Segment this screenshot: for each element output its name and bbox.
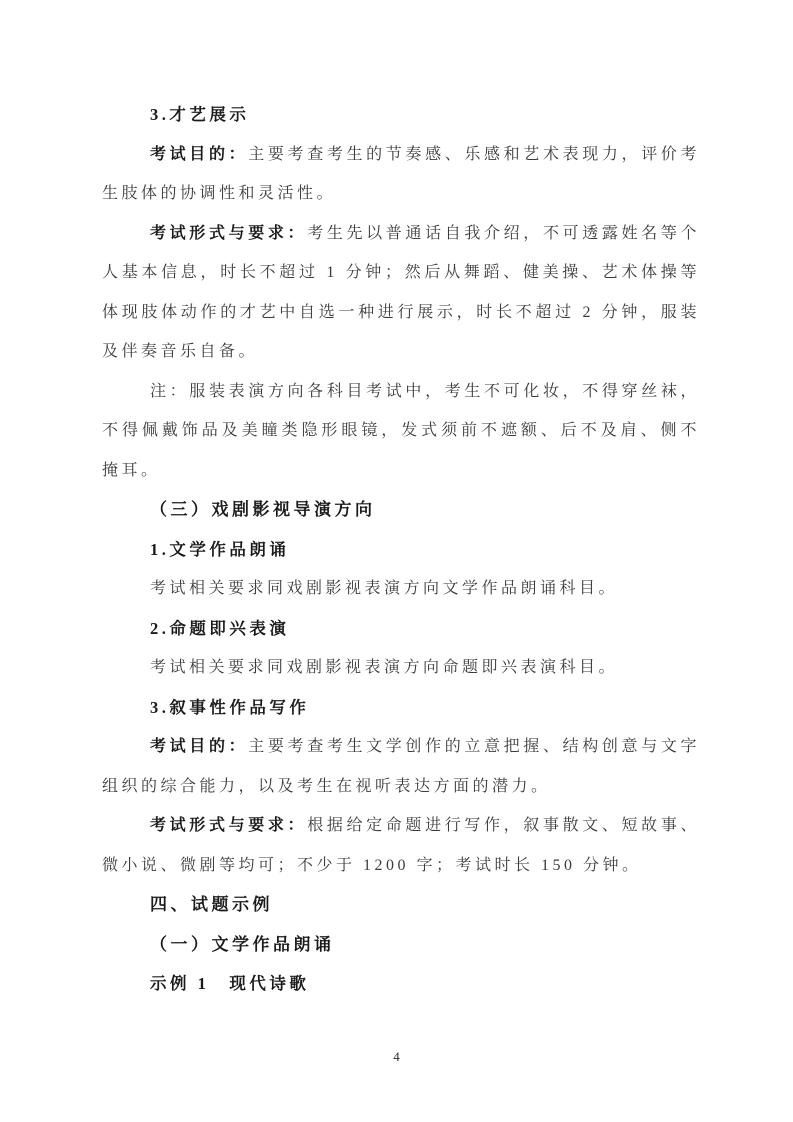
run-text: 注：服装表演方向各科目考试中，考生不可化妆，不得穿丝袜，不得佩戴饰品及美瞳类隐形… [102,383,700,479]
run-text: 考试相关要求同戏剧影视表演方向命题即兴表演科目。 [150,659,618,676]
run-text: 考生先以普通话自我介绍，不可透露姓名等个人基本信息，时长不超过 1 分钟；然后从… [102,225,700,361]
subheading-example-1-modern-poetry: 示例 1 现代诗歌 [102,964,700,1004]
run-text: 考试相关要求同戏剧影视表演方向文学作品朗诵科目。 [150,580,618,597]
subheading-talent-show: 3.才艺展示 [102,95,700,135]
paragraph-note: 注：服装表演方向各科目考试中，考生不可化妆，不得穿丝袜，不得佩戴饰品及美瞳类隐形… [102,372,700,491]
run-label: 考试目的： [150,738,248,755]
section-heading-sample-questions: 四、试题示例 [102,885,700,925]
paragraph-same-requirement-2: 考试相关要求同戏剧影视表演方向命题即兴表演科目。 [102,648,700,688]
document-content: 3.才艺展示 考试目的：主要考查考生的节奏感、乐感和艺术表现力，评价考生肢体的协… [102,95,700,1004]
subheading-improvisation: 2.命题即兴表演 [102,609,700,649]
section-heading-sample-recitation: （一）文学作品朗诵 [102,925,700,965]
paragraph-exam-purpose-1: 考试目的：主要考查考生的节奏感、乐感和艺术表现力，评价考生肢体的协调性和灵活性。 [102,135,700,214]
run-label: 考试目的： [150,146,248,163]
run-label: 考试形式与要求： [150,225,307,242]
section-heading-directing: （三）戏剧影视导演方向 [102,490,700,530]
subheading-narrative-writing: 3.叙事性作品写作 [102,688,700,728]
paragraph-exam-format-1: 考试形式与要求：考生先以普通话自我介绍，不可透露姓名等个人基本信息，时长不超过 … [102,214,700,372]
page-number: 4 [0,1048,793,1066]
paragraph-same-requirement-1: 考试相关要求同戏剧影视表演方向文学作品朗诵科目。 [102,569,700,609]
run-label: 考试形式与要求： [150,817,307,834]
subheading-literary-recitation: 1.文学作品朗诵 [102,530,700,570]
paragraph-exam-format-2: 考试形式与要求：根据给定命题进行写作，叙事散文、短故事、微小说、微剧等均可；不少… [102,806,700,885]
document-page: 3.才艺展示 考试目的：主要考查考生的节奏感、乐感和艺术表现力，评价考生肢体的协… [0,0,793,1122]
paragraph-exam-purpose-2: 考试目的：主要考查考生文学创作的立意把握、结构创意与文字组织的综合能力，以及考生… [102,727,700,806]
